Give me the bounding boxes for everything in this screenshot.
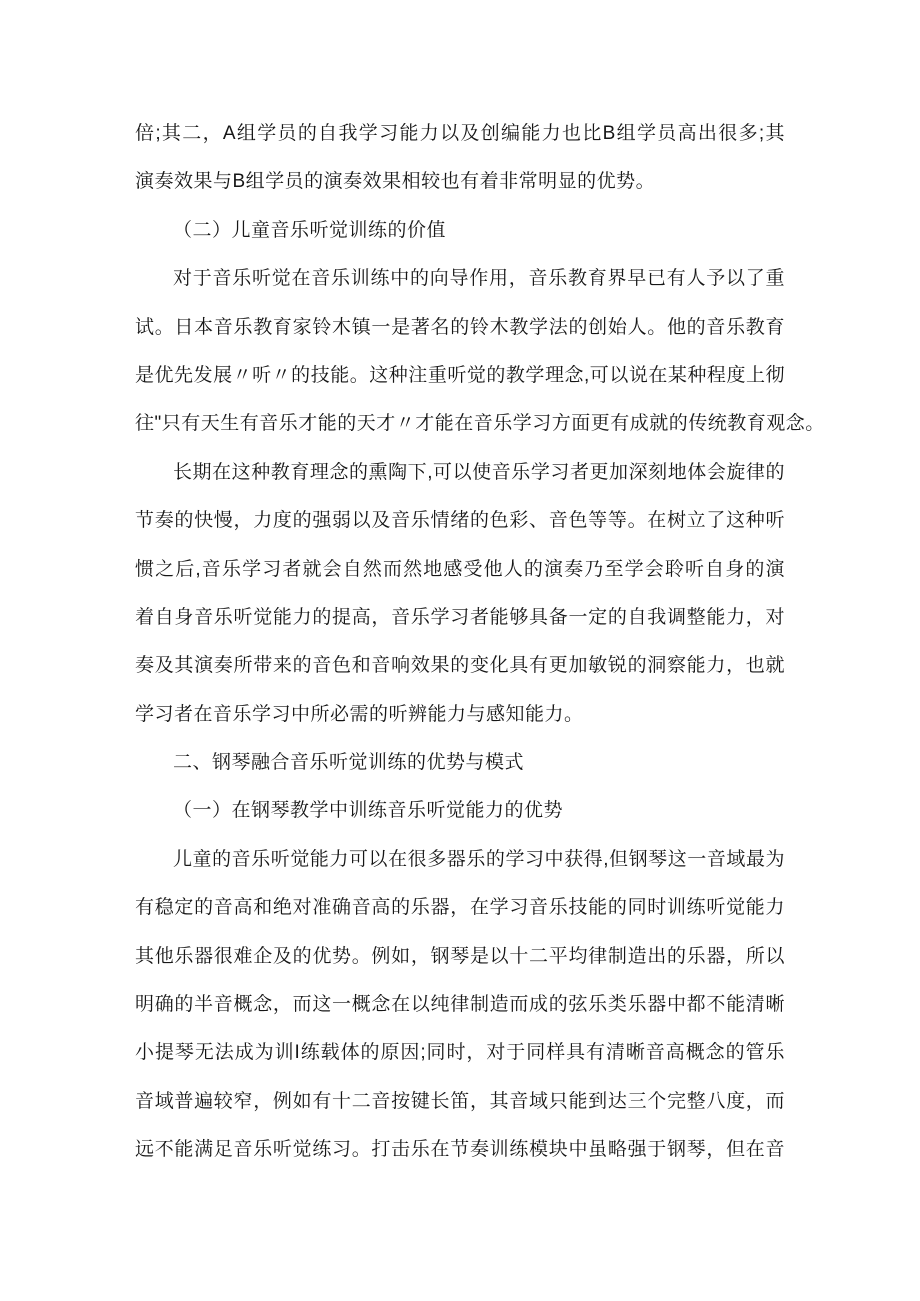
text-line: 倍;其二，A组学员的自我学习能力以及创编能力也比B组学员高出很多;其三，A组学员…	[135, 110, 785, 158]
text-line: 音域普遍较窄，例如有十二音按键长笛，其音域只能到达三个完整八度，而这一音域远	[135, 1078, 785, 1126]
text-line: 着自身音乐听觉能力的提高，音乐学习者能够具备一定的自我调整能力，对于自身的演	[135, 594, 785, 642]
section-heading: （一）在钢琴教学中训练音乐听觉能力的优势	[135, 787, 785, 835]
text-line: 长期在这种教育理念的熏陶下,可以使音乐学习者更加深刻地体会旋律的流动、走向，	[135, 449, 785, 497]
section-heading: （二）儿童音乐听觉训练的价值	[135, 207, 785, 255]
text-line: 演奏效果与B组学员的演奏效果相较也有着非常明显的优势。	[135, 158, 785, 206]
text-line: 儿童的音乐听觉能力可以在很多器乐的学习中获得,但钢琴这一音域最为宽广，且具	[135, 836, 785, 884]
text-line: 对于音乐听觉在音乐训练中的向导作用，音乐教育界早已有人予以了重视,并做了尝	[135, 255, 785, 303]
document-page: 倍;其二，A组学员的自我学习能力以及创编能力也比B组学员高出很多;其三，A组学员…	[0, 0, 920, 1301]
text-line: 节奏的快慢，力度的强弱以及音乐情绪的色彩、音色等等。在树立了这种听觉的思维习	[135, 497, 785, 545]
text-line: 其他乐器很难企及的优势。例如，钢琴是以十二平均律制造出的乐器，所以有非常清晰	[135, 933, 785, 981]
text-line: 往"只有天生有音乐才能的天才〃才能在音乐学习方面更有成就的传统教育观念。	[135, 400, 785, 448]
text-line: 试。日本音乐教育家铃木镇一是著名的铃木教学法的创始人。他的音乐教育理念核心就	[135, 304, 785, 352]
document-text-block: 倍;其二，A组学员的自我学习能力以及创编能力也比B组学员高出很多;其三，A组学员…	[135, 110, 785, 1175]
text-line: 小提琴无法成为训I练载体的原因;同时，对于同样具有清晰音高概念的管乐器来说，其	[135, 1029, 785, 1077]
text-line: 远不能满足音乐听觉练习。打击乐在节奏训练模块中虽略强于钢琴，但在音高上的缺陷	[135, 1126, 785, 1174]
text-line: 有稳定的音高和绝对准确音高的乐器，在学习音乐技能的同时训练听觉能力方面，有着	[135, 884, 785, 932]
text-line: 学习者在音乐学习中所必需的听辨能力与感知能力。	[135, 691, 785, 739]
text-line: 惯之后,音乐学习者就会自然而然地感受他人的演奏乃至学会聆听自身的演奏。同时，随	[135, 546, 785, 594]
section-heading: 二、钢琴融合音乐听觉训练的优势与模式	[135, 739, 785, 787]
text-line: 明确的半音概念，而这一概念在以纯律制造而成的弦乐类乐器中都不能清晰体现,这即是	[135, 981, 785, 1029]
text-line: 奏及其演奏所带来的音色和音响效果的变化具有更加敏锐的洞察能力，也就形成了音乐	[135, 642, 785, 690]
text-line: 是优先发展〃听〃的技能。这种注重听觉的教学理念,可以说在某种程度上彻底打破了以	[135, 352, 785, 400]
